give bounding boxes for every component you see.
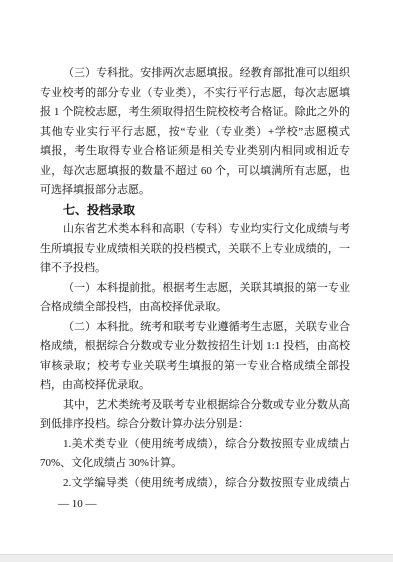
text-line: 2.文学编导类（使用统考成绩），综合分数按照专业成绩占 xyxy=(40,474,350,494)
text-line: 格成绩，根据综合分数或专业分数按招生计划 1:1 投档，由高校 xyxy=(40,337,350,357)
text-line: 其他专业实行平行志愿，按“专业（专业类）+学校”志愿模式 xyxy=(40,123,350,143)
page-bottom-edge xyxy=(0,554,393,562)
text-line: （一）本科提前批。根据考生志愿，关联其填报的第一专业 xyxy=(40,279,350,299)
text-line: （三）专科批。安排两次志愿填报。经教育部批准可以组织 xyxy=(40,64,350,84)
text-line: 律不予投档。 xyxy=(40,259,350,279)
text-line: 70%、文化成绩占 30%计算。 xyxy=(40,454,350,474)
text-line: （二）本科批。统考和联考专业遵循考生志愿，关联专业合 xyxy=(40,318,350,338)
document-page: （三）专科批。安排两次志愿填报。经教育部批准可以组织 专业校考的部分专业（专业类… xyxy=(0,0,393,562)
text-line: 到低排序投档。综合分数计算办法分别是： xyxy=(40,415,350,435)
document-text-block: （三）专科批。安排两次志愿填报。经教育部批准可以组织 专业校考的部分专业（专业类… xyxy=(40,64,350,493)
text-line: 可选择填报部分志愿。 xyxy=(40,181,350,201)
text-line: 审核录取；校考专业关联考生填报的第一专业合格成绩全部投 xyxy=(40,357,350,377)
text-line: 合格成绩全部投档，由高校择优录取。 xyxy=(40,298,350,318)
text-line: 其中，艺术类统考及联考专业根据综合分数或专业分数从高 xyxy=(40,396,350,416)
text-line: 档，由高校择优录取。 xyxy=(40,376,350,396)
text-line: 生所填报专业成绩相关联的投档模式，关联不上专业成绩的，一 xyxy=(40,240,350,260)
text-line: 1.美术类专业（使用统考成绩），综合分数按照专业成绩占 xyxy=(40,435,350,455)
section-7-heading: 七、投档录取 xyxy=(40,201,350,221)
text-line: 专业校考的部分专业（专业类），不实行平行志愿，每次志愿填 xyxy=(40,84,350,104)
text-line: 填报，考生取得专业合格证须是相关专业类别内相同或相近专 xyxy=(40,142,350,162)
text-line: 山东省艺术类本科和高职（专科）专业均实行文化成绩与考 xyxy=(40,220,350,240)
text-line: 报 1 个院校志愿，考生须取得招生院校校考合格证。除此之外的 xyxy=(40,103,350,123)
page-number: — 10 — xyxy=(58,498,97,510)
text-line: 业，每次志愿填报的数量不超过 60 个，可以填满所有志愿，也 xyxy=(40,162,350,182)
